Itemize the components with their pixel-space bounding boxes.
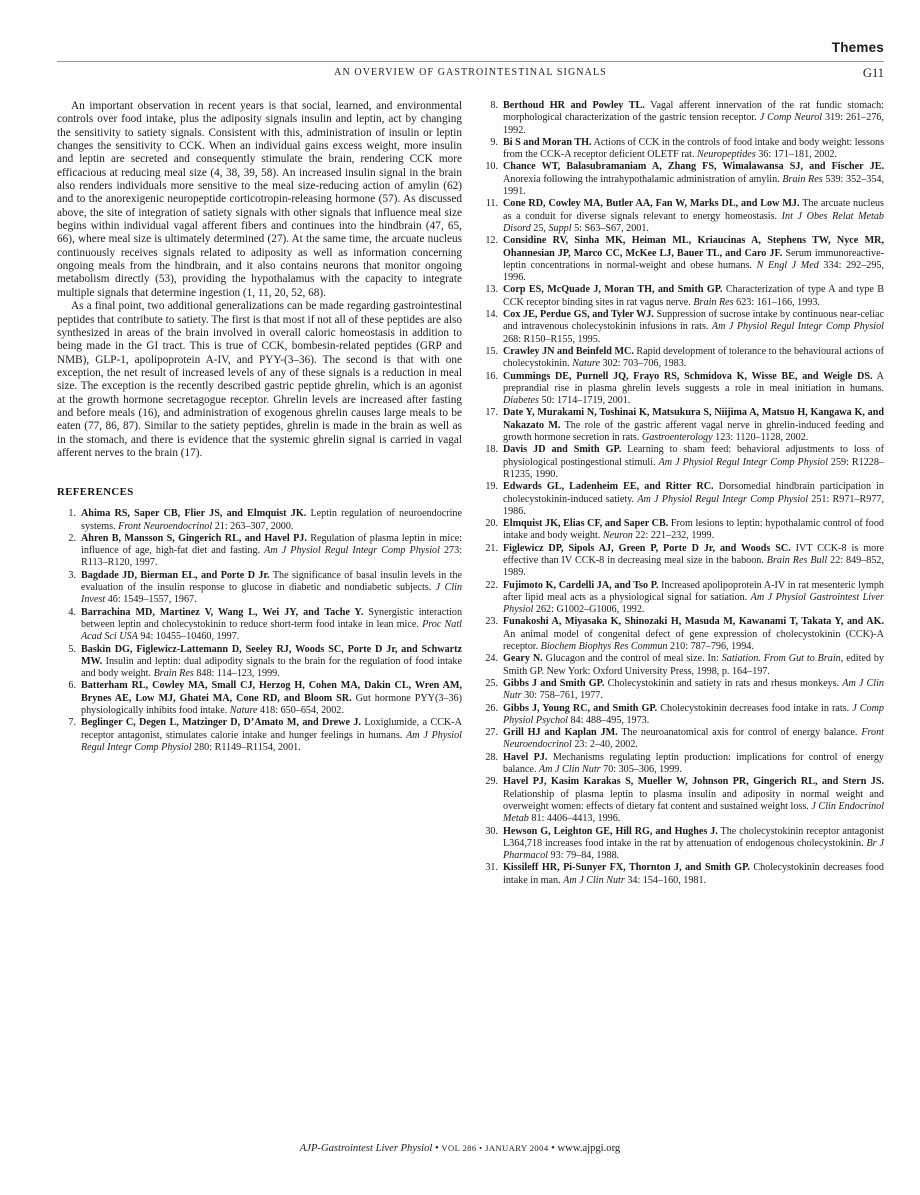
reference-item: 17. Date Y, Murakami N, Toshinai K, Mats… (479, 407, 884, 444)
references-heading: REFERENCES (57, 486, 462, 498)
reference-item: 22. Fujimoto K, Cardelli JA, and Tso P. … (479, 580, 884, 617)
reference-item: 10. Chance WT, Balasubramaniam A, Zhang … (479, 161, 884, 198)
reference-number: 10. (479, 161, 503, 198)
reference-number: 28. (479, 752, 503, 777)
reference-item: 28. Havel PJ. Mechanisms regulating lept… (479, 752, 884, 777)
reference-number: 17. (479, 407, 503, 444)
left-column: An important observation in recent years… (57, 100, 462, 887)
reference-number: 9. (479, 137, 503, 162)
reference-number: 5. (57, 644, 81, 681)
reference-text: Geary N. Glucagon and the control of mea… (503, 653, 884, 678)
reference-item: 26. Gibbs J, Young RC, and Smith GP. Cho… (479, 703, 884, 728)
article-paragraphs: An important observation in recent years… (57, 100, 462, 460)
reference-text: Chance WT, Balasubramaniam A, Zhang FS, … (503, 161, 884, 198)
reference-number: 3. (57, 570, 81, 607)
reference-number: 30. (479, 826, 503, 863)
reference-text: Edwards GL, Ladenheim EE, and Ritter RC.… (503, 481, 884, 518)
reference-item: 14. Cox JE, Perdue GS, and Tyler WJ. Sup… (479, 309, 884, 346)
reference-item: 8. Berthoud HR and Powley TL. Vagal affe… (479, 100, 884, 137)
reference-list-left: 1. Ahima RS, Saper CB, Flier JS, and Elm… (57, 508, 462, 754)
reference-number: 2. (57, 533, 81, 570)
reference-number: 11. (479, 198, 503, 235)
reference-number: 31. (479, 862, 503, 887)
reference-item: 7. Beglinger C, Degen L, Matzinger D, D’… (57, 717, 462, 754)
reference-number: 18. (479, 444, 503, 481)
reference-text: Gibbs J and Smith GP. Cholecystokinin an… (503, 678, 884, 703)
reference-text: Hewson G, Leighton GE, Hill RG, and Hugh… (503, 826, 884, 863)
reference-text: Havel PJ. Mechanisms regulating leptin p… (503, 752, 884, 777)
reference-text: Bi S and Moran TH. Actions of CCK in the… (503, 137, 884, 162)
reference-item: 29. Havel PJ, Kasim Karakas S, Mueller W… (479, 776, 884, 825)
reference-number: 26. (479, 703, 503, 728)
reference-item: 20. Elmquist JK, Elias CF, and Saper CB.… (479, 518, 884, 543)
section-label: Themes (57, 40, 884, 55)
reference-text: Gibbs J, Young RC, and Smith GP. Cholecy… (503, 703, 884, 728)
reference-item: 15. Crawley JN and Beinfeld MC. Rapid de… (479, 346, 884, 371)
reference-number: 29. (479, 776, 503, 825)
body-paragraph: An important observation in recent years… (57, 100, 462, 300)
reference-number: 19. (479, 481, 503, 518)
reference-item: 11. Cone RD, Cowley MA, Butler AA, Fan W… (479, 198, 884, 235)
reference-item: 16. Cummings DE, Purnell JQ, Frayo RS, S… (479, 371, 884, 408)
reference-text: Fujimoto K, Cardelli JA, and Tso P. Incr… (503, 580, 884, 617)
reference-item: 18. Davis JD and Smith GP. Learning to s… (479, 444, 884, 481)
reference-item: 6. Batterham RL, Cowley MA, Small CJ, He… (57, 680, 462, 717)
reference-item: 21. Figlewicz DP, Sipols AJ, Green P, Po… (479, 543, 884, 580)
body-paragraph: As a final point, two additional general… (57, 300, 462, 460)
reference-item: 23. Funakoshi A, Miyasaka K, Shinozaki H… (479, 616, 884, 653)
reference-text: Crawley JN and Beinfeld MC. Rapid develo… (503, 346, 884, 371)
running-head-row: AN OVERVIEW OF GASTROINTESTINAL SIGNALS … (57, 67, 884, 83)
reference-number: 27. (479, 727, 503, 752)
page-number: G11 (863, 66, 884, 81)
reference-number: 22. (479, 580, 503, 617)
reference-text: Havel PJ, Kasim Karakas S, Mueller W, Jo… (503, 776, 884, 825)
reference-text: Cox JE, Perdue GS, and Tyler WJ. Suppres… (503, 309, 884, 346)
reference-item: 24. Geary N. Glucagon and the control of… (479, 653, 884, 678)
reference-number: 8. (479, 100, 503, 137)
reference-text: Barrachina MD, Martinez V, Wang L, Wei J… (81, 607, 462, 644)
reference-text: Baskin DG, Figlewicz-Lattemann D, Seeley… (81, 644, 462, 681)
reference-item: 25. Gibbs J and Smith GP. Cholecystokini… (479, 678, 884, 703)
reference-text: Ahima RS, Saper CB, Flier JS, and Elmqui… (81, 508, 462, 533)
header-rule (57, 61, 884, 62)
reference-number: 1. (57, 508, 81, 533)
reference-number: 23. (479, 616, 503, 653)
reference-item: 27. Grill HJ and Kaplan JM. The neuroana… (479, 727, 884, 752)
reference-number: 20. (479, 518, 503, 543)
reference-text: Funakoshi A, Miyasaka K, Shinozaki H, Ma… (503, 616, 884, 653)
reference-text: Kissileff HR, Pi-Sunyer FX, Thornton J, … (503, 862, 884, 887)
reference-text: Davis JD and Smith GP. Learning to sham … (503, 444, 884, 481)
reference-number: 12. (479, 235, 503, 284)
journal-footer: AJP-Gastrointest Liver Physiol • VOL 286… (0, 1143, 920, 1154)
reference-text: Berthoud HR and Powley TL. Vagal afferen… (503, 100, 884, 137)
journal-page: Themes AN OVERVIEW OF GASTROINTESTINAL S… (0, 0, 920, 1195)
reference-item: 2. Ahren B, Mansson S, Gingerich RL, and… (57, 533, 462, 570)
reference-item: 9. Bi S and Moran TH. Actions of CCK in … (479, 137, 884, 162)
reference-item: 5. Baskin DG, Figlewicz-Lattemann D, See… (57, 644, 462, 681)
reference-number: 13. (479, 284, 503, 309)
reference-number: 25. (479, 678, 503, 703)
reference-item: 13. Corp ES, McQuade J, Moran TH, and Sm… (479, 284, 884, 309)
reference-text: Beglinger C, Degen L, Matzinger D, D’Ama… (81, 717, 462, 754)
reference-number: 4. (57, 607, 81, 644)
reference-item: 3. Bagdade JD, Bierman EL, and Porte D J… (57, 570, 462, 607)
reference-number: 6. (57, 680, 81, 717)
two-column-body: An important observation in recent years… (57, 100, 884, 887)
reference-item: 4. Barrachina MD, Martinez V, Wang L, We… (57, 607, 462, 644)
reference-text: Cummings DE, Purnell JQ, Frayo RS, Schmi… (503, 371, 884, 408)
reference-number: 15. (479, 346, 503, 371)
reference-number: 16. (479, 371, 503, 408)
reference-item: 30. Hewson G, Leighton GE, Hill RG, and … (479, 826, 884, 863)
running-head-title: AN OVERVIEW OF GASTROINTESTINAL SIGNALS (57, 67, 884, 78)
reference-text: Ahren B, Mansson S, Gingerich RL, and Ha… (81, 533, 462, 570)
page-header: Themes AN OVERVIEW OF GASTROINTESTINAL S… (57, 40, 884, 83)
reference-text: Figlewicz DP, Sipols AJ, Green P, Porte … (503, 543, 884, 580)
reference-item: 1. Ahima RS, Saper CB, Flier JS, and Elm… (57, 508, 462, 533)
reference-item: 19. Edwards GL, Ladenheim EE, and Ritter… (479, 481, 884, 518)
reference-text: Cone RD, Cowley MA, Butler AA, Fan W, Ma… (503, 198, 884, 235)
reference-text: Grill HJ and Kaplan JM. The neuroanatomi… (503, 727, 884, 752)
reference-number: 7. (57, 717, 81, 754)
reference-number: 21. (479, 543, 503, 580)
reference-list-right: 8. Berthoud HR and Powley TL. Vagal affe… (479, 100, 884, 887)
right-column: 8. Berthoud HR and Powley TL. Vagal affe… (479, 100, 884, 887)
reference-item: 31. Kissileff HR, Pi-Sunyer FX, Thornton… (479, 862, 884, 887)
reference-number: 24. (479, 653, 503, 678)
reference-text: Date Y, Murakami N, Toshinai K, Matsukur… (503, 407, 884, 444)
reference-text: Batterham RL, Cowley MA, Small CJ, Herzo… (81, 680, 462, 717)
reference-text: Considine RV, Sinha MK, Heiman ML, Kriau… (503, 235, 884, 284)
reference-text: Corp ES, McQuade J, Moran TH, and Smith … (503, 284, 884, 309)
reference-number: 14. (479, 309, 503, 346)
reference-text: Elmquist JK, Elias CF, and Saper CB. Fro… (503, 518, 884, 543)
reference-text: Bagdade JD, Bierman EL, and Porte D Jr. … (81, 570, 462, 607)
reference-item: 12. Considine RV, Sinha MK, Heiman ML, K… (479, 235, 884, 284)
